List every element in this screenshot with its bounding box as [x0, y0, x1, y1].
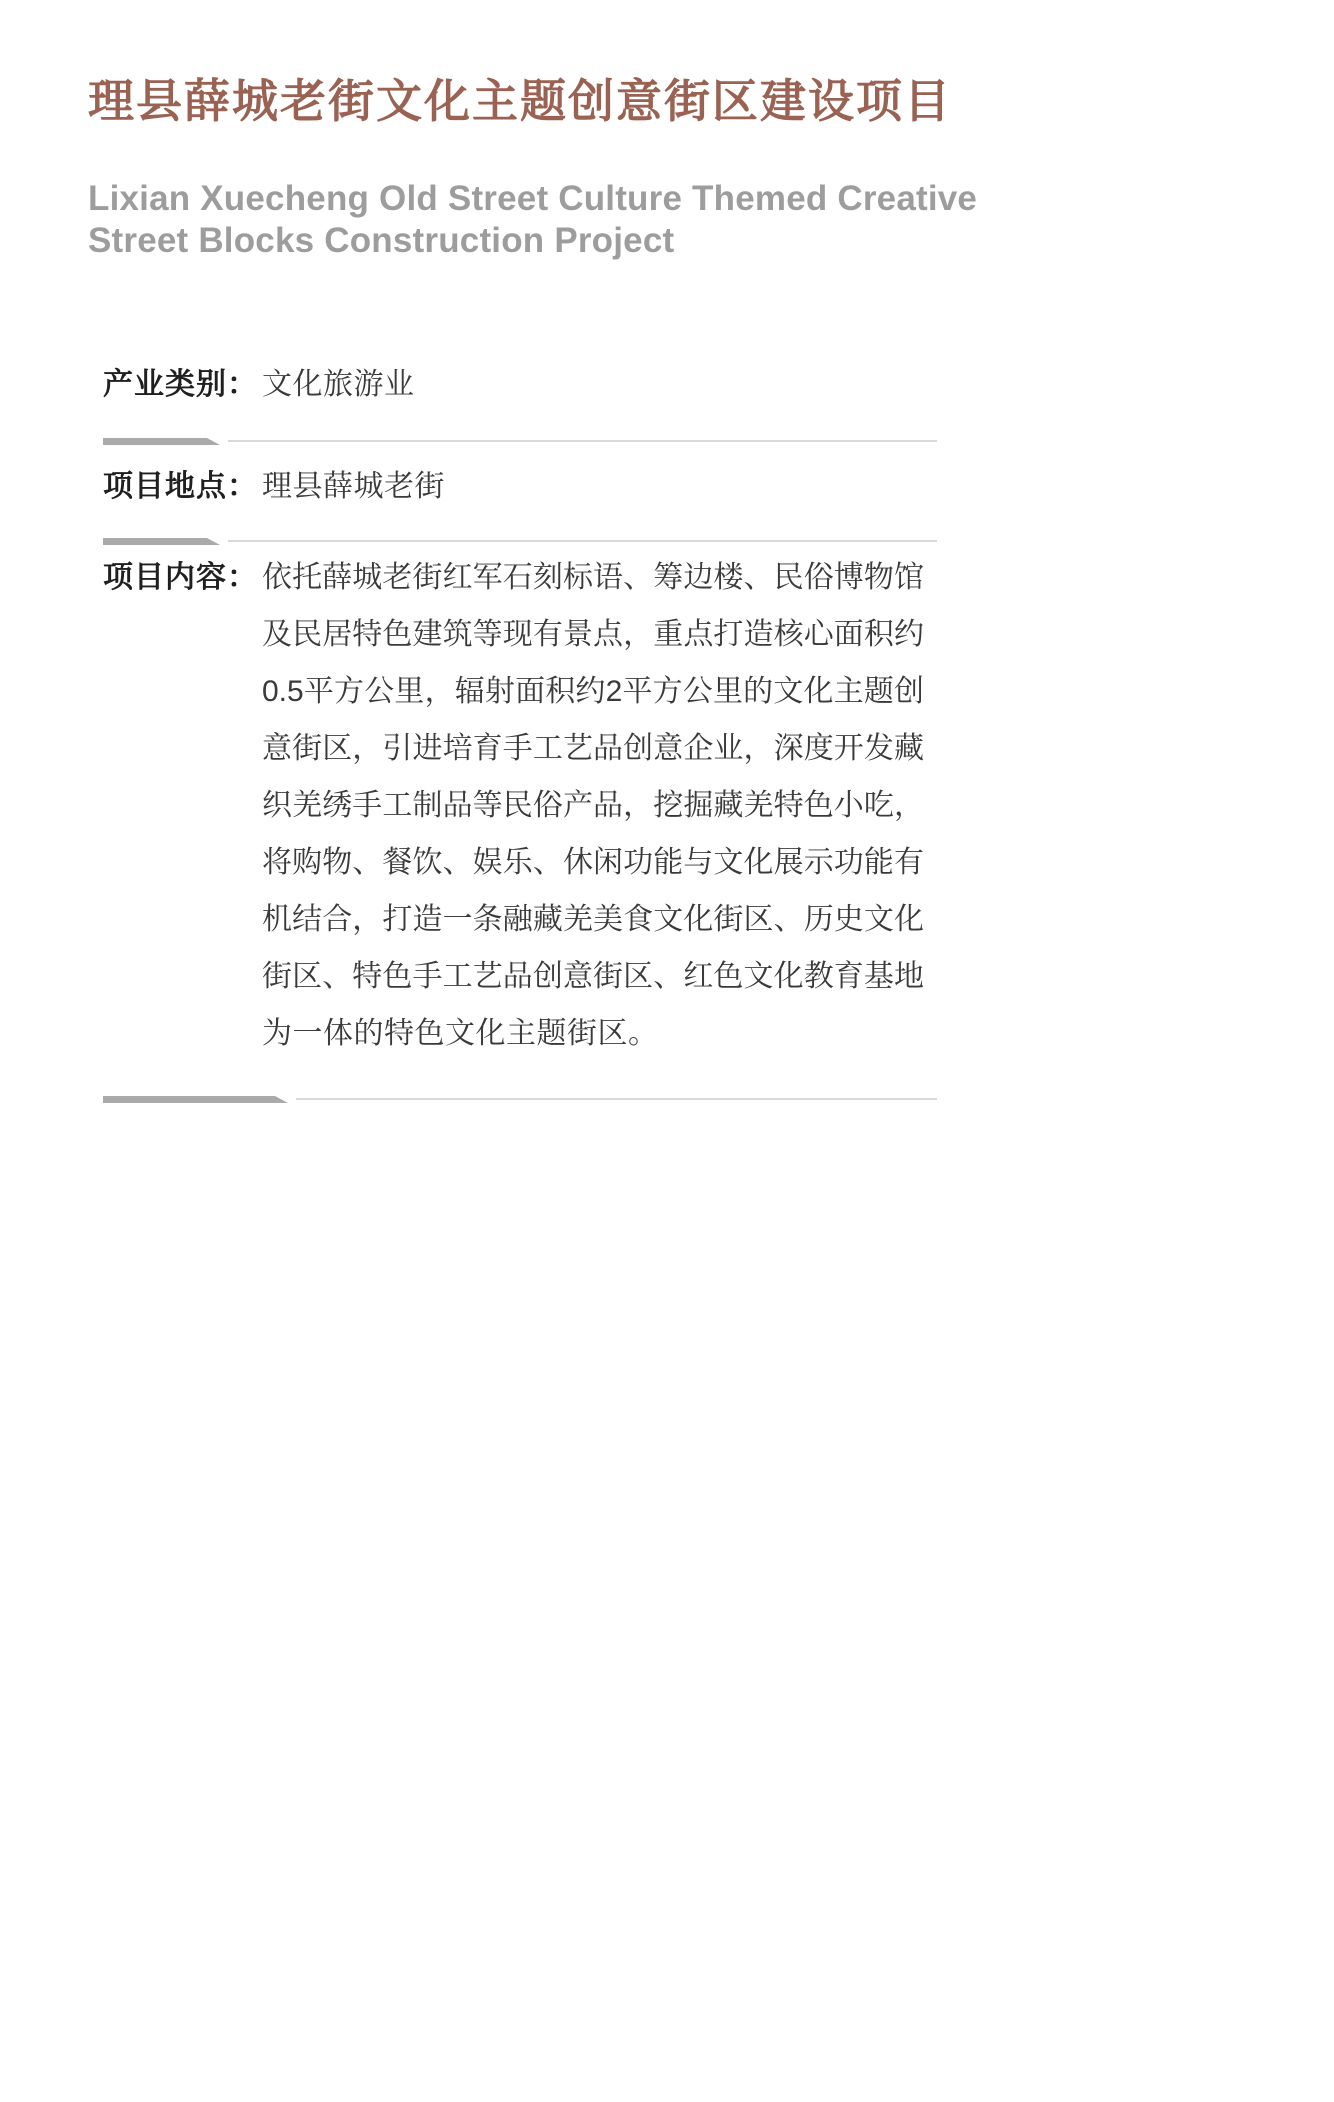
industry-label: 产业类别：	[103, 368, 262, 402]
industry-value: 文化旅游业	[262, 368, 415, 402]
content-line: 意街区，引进培育手工艺品创意企业，深度开发藏	[262, 720, 924, 777]
content-line: 织羌绣手工制品等民俗产品，挖掘藏羌特色小吃，	[262, 777, 924, 834]
content-line: 将购物、餐饮、娱乐、休闲功能与文化展示功能有	[262, 834, 924, 891]
divider-rule	[228, 440, 937, 442]
project-title-en-line2: Street Blocks Construction Project	[88, 220, 1334, 262]
field-row-industry: 产业类别： 文化旅游业	[103, 368, 937, 402]
content-line: 依托薛城老街红军石刻标语、筹边楼、民俗博物馆	[262, 549, 924, 606]
project-info: 产业类别： 文化旅游业 项目地点： 理县薛城老街 项目内容： 依托薛城老街红军石…	[88, 368, 937, 1103]
divider-accent-bar	[103, 538, 220, 545]
content-label: 项目内容：	[103, 549, 262, 606]
divider-accent-bar	[103, 438, 220, 445]
content-line: 及民居特色建筑等现有景点，重点打造核心面积约	[262, 606, 924, 663]
content-line: 机结合，打造一条融藏羌美食文化街区、历史文化	[262, 891, 924, 948]
project-title-zh: 理县薛城老街文化主题创意街区建设项目	[88, 72, 1334, 130]
divider-rule	[228, 540, 937, 542]
divider-accent-bar	[103, 1096, 288, 1103]
project-sheet: 理县薛城老街文化主题创意街区建设项目 Lixian Xuecheng Old S…	[0, 0, 1334, 1103]
section-divider	[103, 438, 937, 445]
project-content-paragraph: 依托薛城老街红军石刻标语、筹边楼、民俗博物馆 及民居特色建筑等现有景点，重点打造…	[262, 549, 924, 1062]
section-divider	[103, 538, 937, 545]
content-line: 为一体的特色文化主题街区。	[262, 1005, 924, 1062]
project-title-en: Lixian Xuecheng Old Street Culture Theme…	[88, 178, 1334, 262]
divider-rule	[296, 1098, 937, 1100]
content-line: 街区、特色手工艺品创意街区、红色文化教育基地	[262, 948, 924, 1005]
location-value: 理县薛城老街	[262, 470, 445, 504]
page: 理县薛城老街文化主题创意街区建设项目 Lixian Xuecheng Old S…	[0, 0, 1334, 2102]
field-row-location: 项目地点： 理县薛城老街	[103, 470, 937, 504]
section-divider-bottom	[103, 1096, 937, 1103]
location-label: 项目地点：	[103, 470, 262, 504]
project-title-en-line1: Lixian Xuecheng Old Street Culture Theme…	[88, 178, 1334, 220]
content-line: 0.5平方公里，辐射面积约2平方公里的文化主题创	[262, 663, 924, 720]
field-row-content: 项目内容： 依托薛城老街红军石刻标语、筹边楼、民俗博物馆 及民居特色建筑等现有景…	[103, 549, 937, 1062]
